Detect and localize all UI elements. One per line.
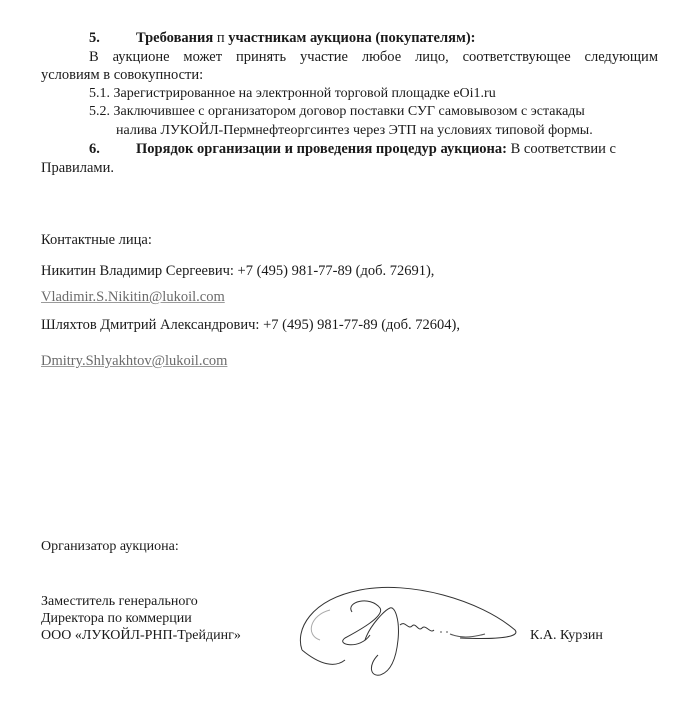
organizer-company: ООО «ЛУКОЙЛ-РНП-Трейдинг» bbox=[41, 628, 241, 644]
contact-1-line: Никитин Владимир Сергеевич: +7 (495) 981… bbox=[41, 263, 434, 280]
section-6-text: В соответствии с bbox=[507, 141, 616, 157]
section-5-item-2: 5.2. Заключившее с организатором договор… bbox=[89, 104, 585, 120]
section-5-title-part1: Требования bbox=[136, 30, 213, 46]
section-5-title: Требования п участникам аукциона (покупа… bbox=[136, 30, 476, 47]
signature-icon bbox=[290, 580, 530, 680]
contact-1-email-link[interactable]: Vladimir.S.Nikitin@lukoil.com bbox=[41, 289, 225, 306]
organizer-position-line2: Директора по коммерции bbox=[41, 611, 192, 627]
section-6-title: Порядок организации и проведения процеду… bbox=[136, 141, 616, 158]
organizer-position-line1: Заместитель генерального bbox=[41, 594, 198, 610]
contacts-heading: Контактные лица: bbox=[41, 232, 152, 249]
section-5-intro-line1: В аукционе может принять участие любое л… bbox=[89, 49, 658, 66]
section-5-title-part2: п bbox=[213, 30, 228, 46]
section-5-item-2-cont: налива ЛУКОЙЛ-Пермнефтеоргсинтез через Э… bbox=[116, 123, 593, 139]
section-6-text-cont: Правилами. bbox=[41, 160, 114, 177]
section-5-number: 5. bbox=[89, 30, 100, 47]
section-5-intro-line2: условиям в совокупности: bbox=[41, 67, 203, 84]
contact-2-email-link[interactable]: Dmitry.Shlyakhtov@lukoil.com bbox=[41, 353, 227, 370]
organizer-signer: К.А. Курзин bbox=[530, 628, 603, 644]
contact-2-line: Шляхтов Дмитрий Александрович: +7 (495) … bbox=[41, 317, 460, 334]
section-5-item-1: 5.1. Зарегистрированное на электронной т… bbox=[89, 86, 496, 102]
section-5-title-part3: участникам аукциона (покупателям): bbox=[228, 30, 475, 46]
section-6-title-bold: Порядок организации и проведения процеду… bbox=[136, 141, 507, 157]
organizer-label: Организатор аукциона: bbox=[41, 539, 179, 555]
section-6-number: 6. bbox=[89, 141, 100, 158]
